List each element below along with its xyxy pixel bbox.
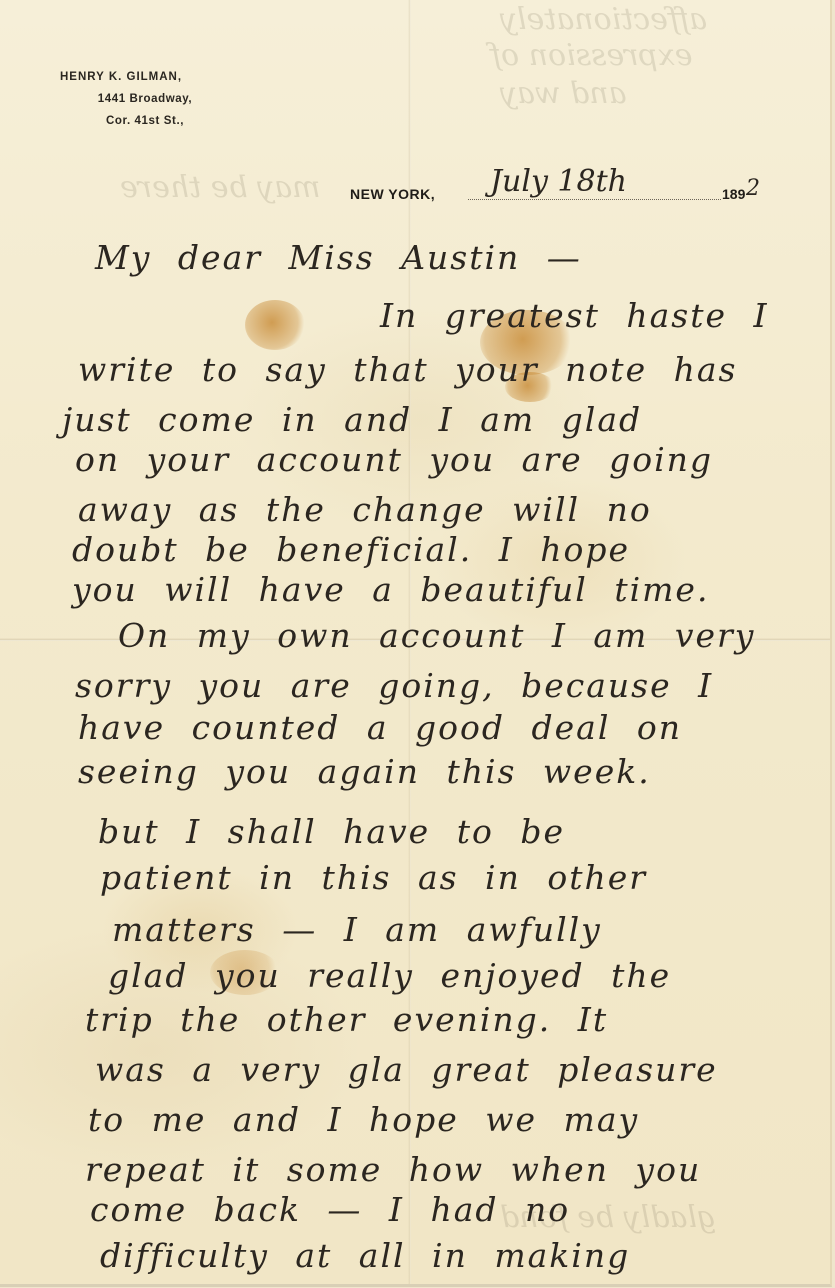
letterhead-address-line2: Cor. 41st St., [60,110,230,132]
bleed-through-text: expression of [490,38,692,73]
letter-line: matters — I am awfully [112,910,602,949]
letter-salutation: My dear Miss Austin — [95,238,582,277]
dateline-city: NEW YORK, [350,186,435,202]
letter-line: was a very gla great pleasure [95,1050,718,1089]
letter-line: to me and I hope we may [88,1100,639,1139]
letter-line: patient in this as in other [100,858,647,897]
letter-line: In greatest haste I [380,296,769,335]
handwritten-date: July 18th [490,164,627,199]
letter-line: come back — I had no [90,1190,570,1229]
letter-page: affectionately expression of and way may… [0,0,832,1287]
letter-line: away as the change will no [78,490,652,529]
letter-line: have counted a good deal on [78,708,682,747]
letter-line: On my own account I am very [118,616,755,655]
letter-line: glad you really enjoyed the [108,956,671,995]
letter-line: trip the other evening. It [85,1000,608,1039]
bleed-through-text: affectionately [500,2,707,37]
letterhead-name: HENRY K. GILMAN, [60,66,230,88]
letter-line: just come in and I am glad [62,400,642,439]
bleed-through-text: and way [500,76,626,111]
dateline-year-handwritten: 2 [746,176,760,201]
letter-line: difficulty at all in making [100,1236,630,1275]
letter-line: sorry you are going, because I [75,666,713,705]
letter-line: repeat it some how when you [85,1150,701,1189]
dateline-dotted-rule [468,199,721,200]
letter-line: seeing you again this week. [78,752,651,791]
bleed-through-text: may be there [120,170,321,205]
letter-line: but I shall have to be [98,812,565,851]
dateline-year-printed: 189 [722,186,745,202]
letter-line: you will have a beautiful time. [72,570,709,609]
letter-line: doubt be beneficial. I hope [72,530,630,569]
letter-line: on your account you are going [75,440,713,479]
letterhead-address-line1: 1441 Broadway, [60,88,230,110]
dateline: NEW YORK, July 18th 189 2 [350,170,780,210]
letterhead: HENRY K. GILMAN, 1441 Broadway, Cor. 41s… [60,66,230,132]
letter-line: write to say that your note has [78,350,737,389]
stain [245,300,305,350]
